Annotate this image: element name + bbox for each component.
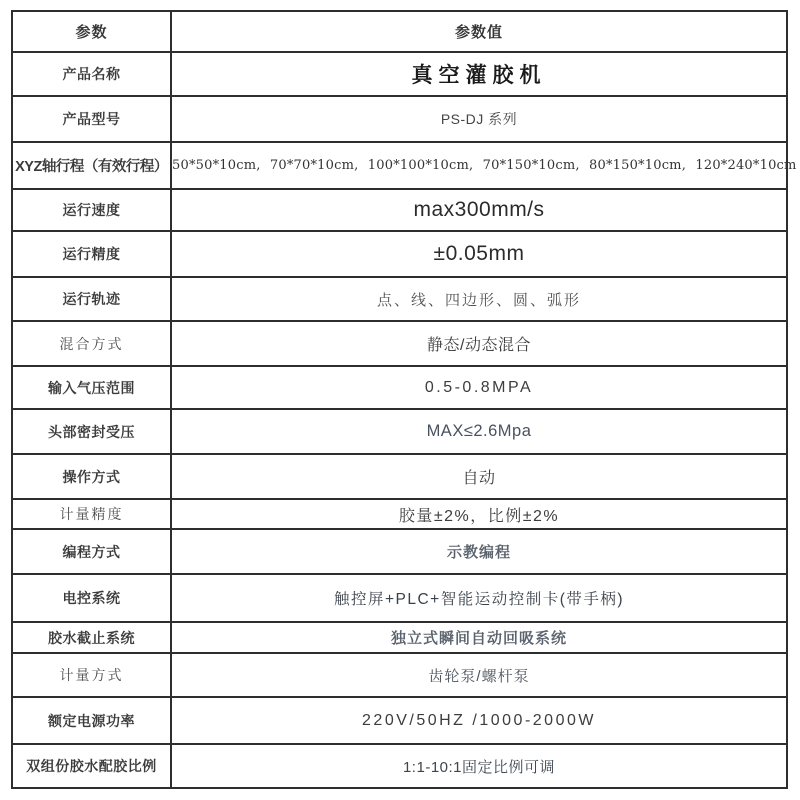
table-row: 运行精度±0.05mm — [13, 232, 786, 278]
param-value-cell: 齿轮泵/螺杆泵 — [172, 654, 786, 696]
param-value-cell: 触控屏+PLC+智能运动控制卡(带手柄) — [172, 575, 786, 621]
param-value-cell: 点、线、四边形、圆、弧形 — [172, 278, 786, 320]
table-row: 混合方式静态/动态混合 — [13, 322, 786, 367]
table-row: 产品型号PS-DJ 系列 — [13, 97, 786, 143]
param-label-cell: 计量方式 — [13, 654, 172, 696]
table-row: 胶水截止系统独立式瞬间自动回吸系统 — [13, 623, 786, 654]
param-label-cell: 双组份胶水配胶比例 — [13, 745, 172, 787]
param-label-cell: 运行速度 — [13, 190, 172, 230]
param-label-cell: 运行精度 — [13, 232, 172, 276]
param-value-cell: 0.5-0.8MPA — [172, 367, 786, 408]
param-label-cell: 电控系统 — [13, 575, 172, 621]
param-value-cell: ±0.05mm — [172, 232, 786, 276]
table-row: 计量精度胶量±2%，比例±2% — [13, 500, 786, 530]
header-value-cell: 参数值 — [172, 12, 786, 51]
param-label-cell: 编程方式 — [13, 530, 172, 573]
table-row: 计量方式齿轮泵/螺杆泵 — [13, 654, 786, 698]
table-header-row: 参数 参数值 — [13, 12, 786, 53]
param-value-cell: 独立式瞬间自动回吸系统 — [172, 623, 786, 652]
param-label-cell: 胶水截止系统 — [13, 623, 172, 652]
param-label-cell: 运行轨迹 — [13, 278, 172, 320]
table-row: 双组份胶水配胶比例1:1-10:1固定比例可调 — [13, 745, 786, 787]
table-row: 输入气压范围0.5-0.8MPA — [13, 367, 786, 410]
param-label-cell: 计量精度 — [13, 500, 172, 528]
param-value-cell: max300mm/s — [172, 190, 786, 230]
table-row: 编程方式示教编程 — [13, 530, 786, 575]
param-value-cell: 真空灌胶机 — [172, 53, 786, 95]
table-row: 头部密封受压MAX≤2.6Mpa — [13, 410, 786, 455]
table-row: 操作方式自动 — [13, 455, 786, 500]
param-value-cell: 静态/动态混合 — [172, 322, 786, 365]
param-value-cell: 1:1-10:1固定比例可调 — [172, 745, 786, 787]
table-row: 运行轨迹点、线、四边形、圆、弧形 — [13, 278, 786, 322]
param-value-cell: PS-DJ 系列 — [172, 97, 786, 141]
table-row: 额定电源功率220V/50HZ /1000-2000W — [13, 698, 786, 745]
param-label-cell: 产品名称 — [13, 53, 172, 95]
param-label-cell: 产品型号 — [13, 97, 172, 141]
param-label-cell: 操作方式 — [13, 455, 172, 498]
param-value-cell: MAX≤2.6Mpa — [172, 410, 786, 453]
param-label-cell: 混合方式 — [13, 322, 172, 365]
table-row: 产品名称真空灌胶机 — [13, 53, 786, 97]
param-value-cell: 220V/50HZ /1000-2000W — [172, 698, 786, 743]
param-value-cell: 胶量±2%，比例±2% — [172, 500, 786, 528]
param-label-cell: 额定电源功率 — [13, 698, 172, 743]
param-value-cell: 自动 — [172, 455, 786, 498]
param-label-cell: 输入气压范围 — [13, 367, 172, 408]
table-row: 电控系统触控屏+PLC+智能运动控制卡(带手柄) — [13, 575, 786, 623]
spec-table: 参数 参数值 产品名称真空灌胶机产品型号PS-DJ 系列XYZ轴行程（有效行程）… — [11, 10, 788, 789]
param-value-cell: 示教编程 — [172, 530, 786, 573]
header-param-cell: 参数 — [13, 12, 172, 51]
table-row: 运行速度max300mm/s — [13, 190, 786, 232]
table-row: XYZ轴行程（有效行程）50*50*10cm, 70*70*10cm, 100*… — [13, 143, 786, 190]
param-value-cell: 50*50*10cm, 70*70*10cm, 100*100*10cm, 70… — [172, 143, 797, 188]
param-label-cell: XYZ轴行程（有效行程） — [13, 143, 172, 188]
param-label-cell: 头部密封受压 — [13, 410, 172, 453]
